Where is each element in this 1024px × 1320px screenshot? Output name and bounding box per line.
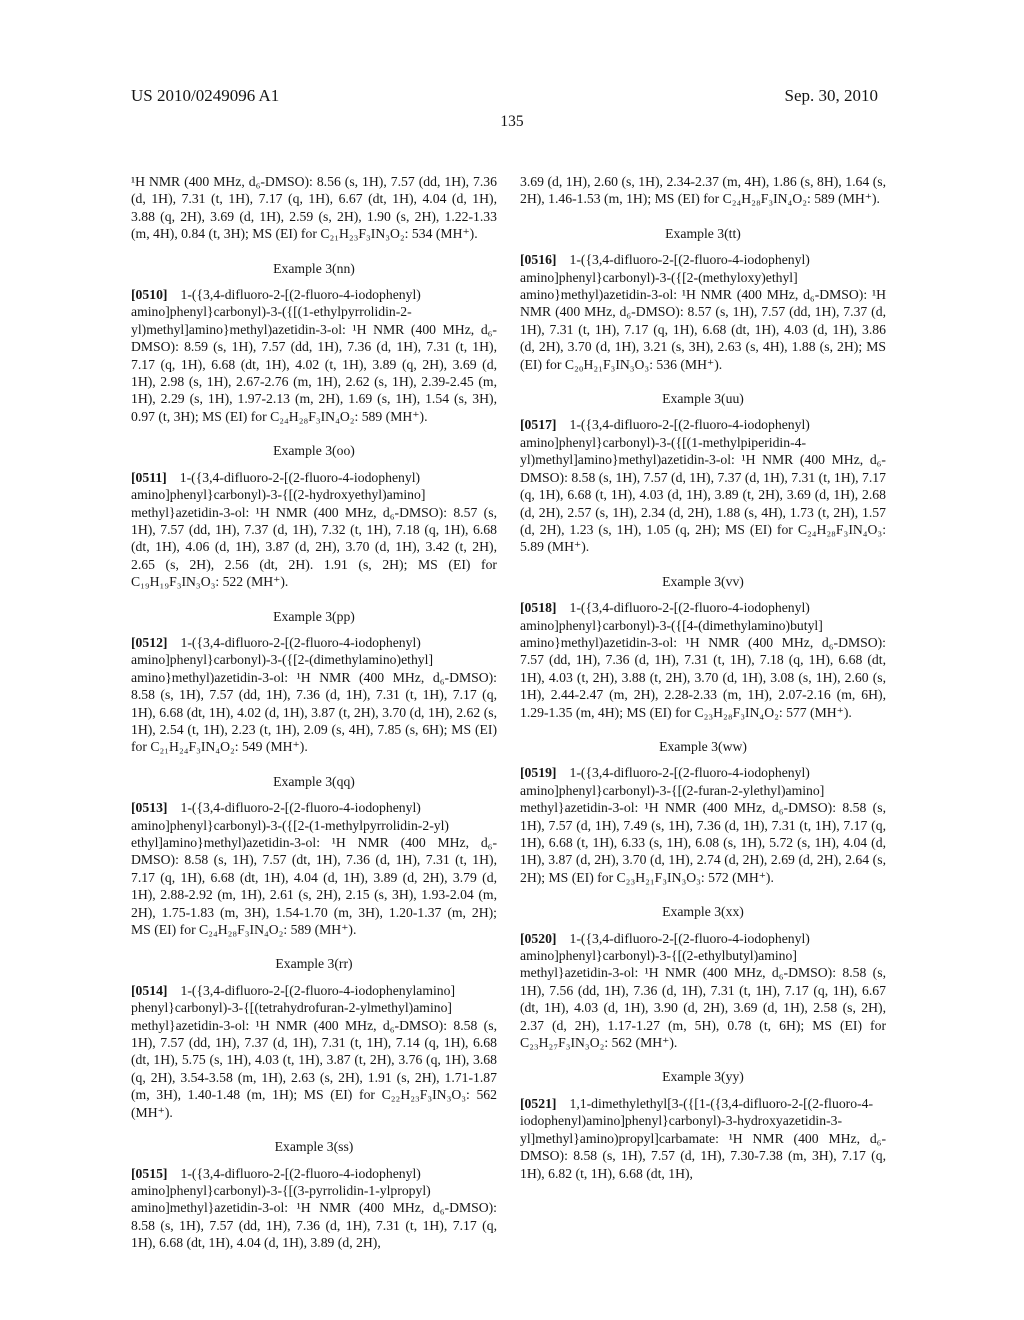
text-columns: ¹H NMR (400 MHz, d₆-DMSO): 8.56 (s, 1H),… — [131, 173, 886, 1278]
example-paragraph: [0518]1-({3,4-difluoro-2-[(2-fluoro-4-io… — [520, 599, 886, 721]
continuation-paragraph: 3.69 (d, 1H), 2.60 (s, 1H), 2.34-2.37 (m… — [520, 173, 886, 208]
example-heading: Example 3(uu) — [520, 390, 886, 407]
example-section-pp: Example 3(pp) [0512]1-({3,4-difluoro-2-[… — [131, 608, 497, 756]
example-paragraph: [0515]1-({3,4-difluoro-2-[(2-fluoro-4-io… — [131, 1165, 497, 1252]
example-section-ss: Example 3(ss) [0515]1-({3,4-difluoro-2-[… — [131, 1138, 497, 1251]
example-section-nn: Example 3(nn) [0510]1-({3,4-difluoro-2-[… — [131, 260, 497, 426]
right-column: 3.69 (d, 1H), 2.60 (s, 1H), 2.34-2.37 (m… — [520, 173, 886, 1278]
paragraph-text: 1-({3,4-difluoro-2-[(2-fluoro-4-iodophen… — [520, 765, 886, 884]
page-number: 135 — [0, 113, 1024, 131]
example-heading: Example 3(tt) — [520, 225, 886, 242]
paragraph-ref: [0518] — [520, 600, 557, 615]
example-paragraph: [0521]1,1-dimethylethyl[3-({[1-({3,4-dif… — [520, 1095, 886, 1182]
example-paragraph: [0517]1-({3,4-difluoro-2-[(2-fluoro-4-io… — [520, 416, 886, 555]
paragraph-ref: [0510] — [131, 287, 168, 302]
paragraph-ref: [0512] — [131, 635, 168, 650]
paragraph-ref: [0514] — [131, 983, 168, 998]
example-paragraph: [0519]1-({3,4-difluoro-2-[(2-fluoro-4-io… — [520, 764, 886, 886]
paragraph-ref: [0515] — [131, 1166, 168, 1181]
paragraph-ref: [0517] — [520, 417, 557, 432]
example-paragraph: [0512]1-({3,4-difluoro-2-[(2-fluoro-4-io… — [131, 634, 497, 756]
paragraph-text: 1-({3,4-difluoro-2-[(2-fluoro-4-iodophen… — [520, 931, 886, 1050]
paragraph-text: 1-({3,4-difluoro-2-[(2-fluoro-4-iodophen… — [131, 287, 497, 424]
example-section-qq: Example 3(qq) [0513]1-({3,4-difluoro-2-[… — [131, 773, 497, 939]
paragraph-text: 1-({3,4-difluoro-2-[(2-fluoro-4-iodophen… — [131, 470, 497, 589]
example-paragraph: [0516]1-({3,4-difluoro-2-[(2-fluoro-4-io… — [520, 251, 886, 373]
paragraph-text: 1,1-dimethylethyl[3-({[1-({3,4-difluoro-… — [520, 1096, 886, 1181]
example-heading: Example 3(yy) — [520, 1068, 886, 1085]
paragraph-ref: [0520] — [520, 931, 557, 946]
example-paragraph: [0510]1-({3,4-difluoro-2-[(2-fluoro-4-io… — [131, 286, 497, 425]
continuation-paragraph: ¹H NMR (400 MHz, d₆-DMSO): 8.56 (s, 1H),… — [131, 173, 497, 243]
paragraph-text: 1-({3,4-difluoro-2-[(2-fluoro-4-iodophen… — [131, 983, 497, 1120]
example-heading: Example 3(xx) — [520, 903, 886, 920]
example-paragraph: [0511]1-({3,4-difluoro-2-[(2-fluoro-4-io… — [131, 469, 497, 591]
paragraph-ref: [0516] — [520, 252, 557, 267]
example-heading: Example 3(ss) — [131, 1138, 497, 1155]
paragraph-ref: [0519] — [520, 765, 557, 780]
paragraph-text: 1-({3,4-difluoro-2-[(2-fluoro-4-iodophen… — [520, 252, 886, 371]
paragraph-ref: [0521] — [520, 1096, 557, 1111]
page-header: US 2010/0249096 A1 Sep. 30, 2010 — [0, 0, 1024, 106]
example-section-vv: Example 3(vv) [0518]1-({3,4-difluoro-2-[… — [520, 573, 886, 721]
example-heading: Example 3(oo) — [131, 442, 497, 459]
example-section-rr: Example 3(rr) [0514]1-({3,4-difluoro-2-[… — [131, 955, 497, 1121]
paragraph-text: 1-({3,4-difluoro-2-[(2-fluoro-4-iodophen… — [131, 635, 497, 754]
publication-number: US 2010/0249096 A1 — [131, 86, 279, 106]
example-heading: Example 3(vv) — [520, 573, 886, 590]
paragraph-text: 1-({3,4-difluoro-2-[(2-fluoro-4-iodophen… — [520, 600, 886, 719]
example-section-ww: Example 3(ww) [0519]1-({3,4-difluoro-2-[… — [520, 738, 886, 886]
example-paragraph: [0514]1-({3,4-difluoro-2-[(2-fluoro-4-io… — [131, 982, 497, 1121]
example-heading: Example 3(pp) — [131, 608, 497, 625]
example-heading: Example 3(nn) — [131, 260, 497, 277]
example-section-xx: Example 3(xx) [0520]1-({3,4-difluoro-2-[… — [520, 903, 886, 1051]
paragraph-ref: [0513] — [131, 800, 168, 815]
example-paragraph: [0513]1-({3,4-difluoro-2-[(2-fluoro-4-io… — [131, 799, 497, 938]
example-heading: Example 3(rr) — [131, 955, 497, 972]
example-paragraph: [0520]1-({3,4-difluoro-2-[(2-fluoro-4-io… — [520, 930, 886, 1052]
example-section-uu: Example 3(uu) [0517]1-({3,4-difluoro-2-[… — [520, 390, 886, 556]
paragraph-text: 1-({3,4-difluoro-2-[(2-fluoro-4-iodophen… — [520, 417, 886, 554]
example-heading: Example 3(qq) — [131, 773, 497, 790]
example-heading: Example 3(ww) — [520, 738, 886, 755]
example-section-tt: Example 3(tt) [0516]1-({3,4-difluoro-2-[… — [520, 225, 886, 373]
paragraph-ref: [0511] — [131, 470, 167, 485]
patent-page: US 2010/0249096 A1 Sep. 30, 2010 135 ¹H … — [0, 0, 1024, 1320]
publication-date: Sep. 30, 2010 — [785, 86, 879, 106]
example-section-yy: Example 3(yy) [0521]1,1-dimethylethyl[3-… — [520, 1068, 886, 1181]
left-column: ¹H NMR (400 MHz, d₆-DMSO): 8.56 (s, 1H),… — [131, 173, 497, 1278]
paragraph-text: 1-({3,4-difluoro-2-[(2-fluoro-4-iodophen… — [131, 1166, 497, 1251]
paragraph-text: 1-({3,4-difluoro-2-[(2-fluoro-4-iodophen… — [131, 800, 497, 937]
example-section-oo: Example 3(oo) [0511]1-({3,4-difluoro-2-[… — [131, 442, 497, 590]
